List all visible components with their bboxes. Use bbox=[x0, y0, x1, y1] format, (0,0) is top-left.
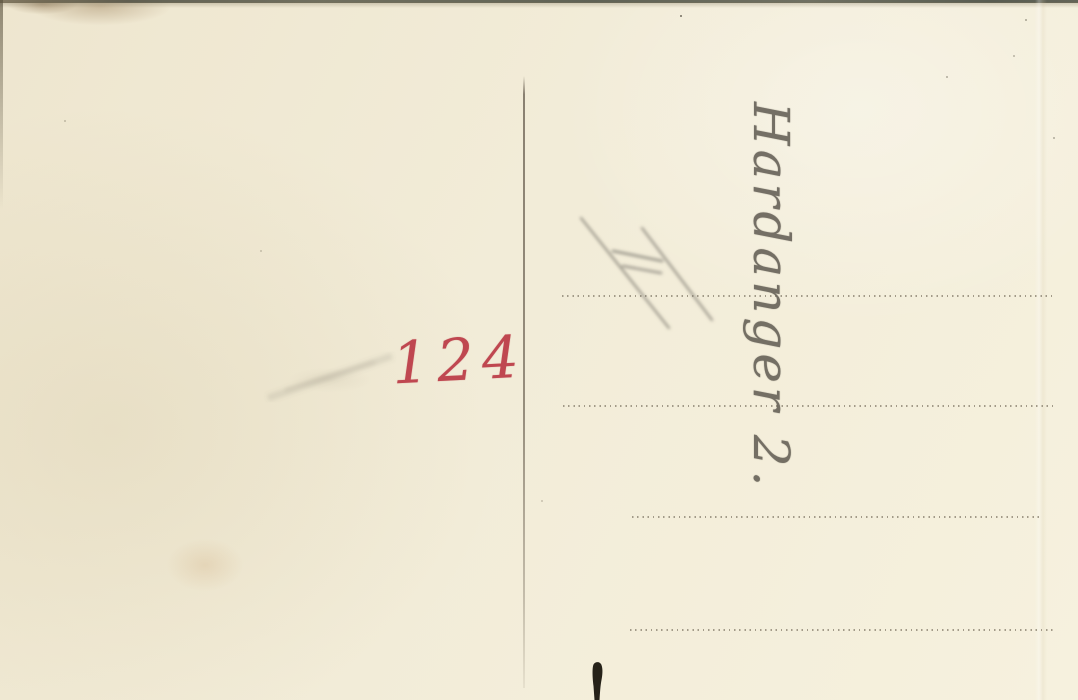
catalog-number: 124 bbox=[390, 323, 528, 398]
handwritten-address: Hardanger 2. bbox=[742, 102, 800, 490]
paper-specks bbox=[680, 15, 682, 17]
pen-and-pencil-marks bbox=[0, 0, 1078, 700]
erased-pencil-smudge bbox=[268, 356, 392, 398]
postcard-back: Hardanger 2. 124 bbox=[0, 0, 1078, 700]
pencil-stroke bbox=[623, 266, 661, 273]
pencil-stroke bbox=[613, 251, 662, 261]
ink-blot bbox=[593, 662, 603, 700]
roman-numeral-ii-pencil-mark bbox=[581, 218, 712, 328]
